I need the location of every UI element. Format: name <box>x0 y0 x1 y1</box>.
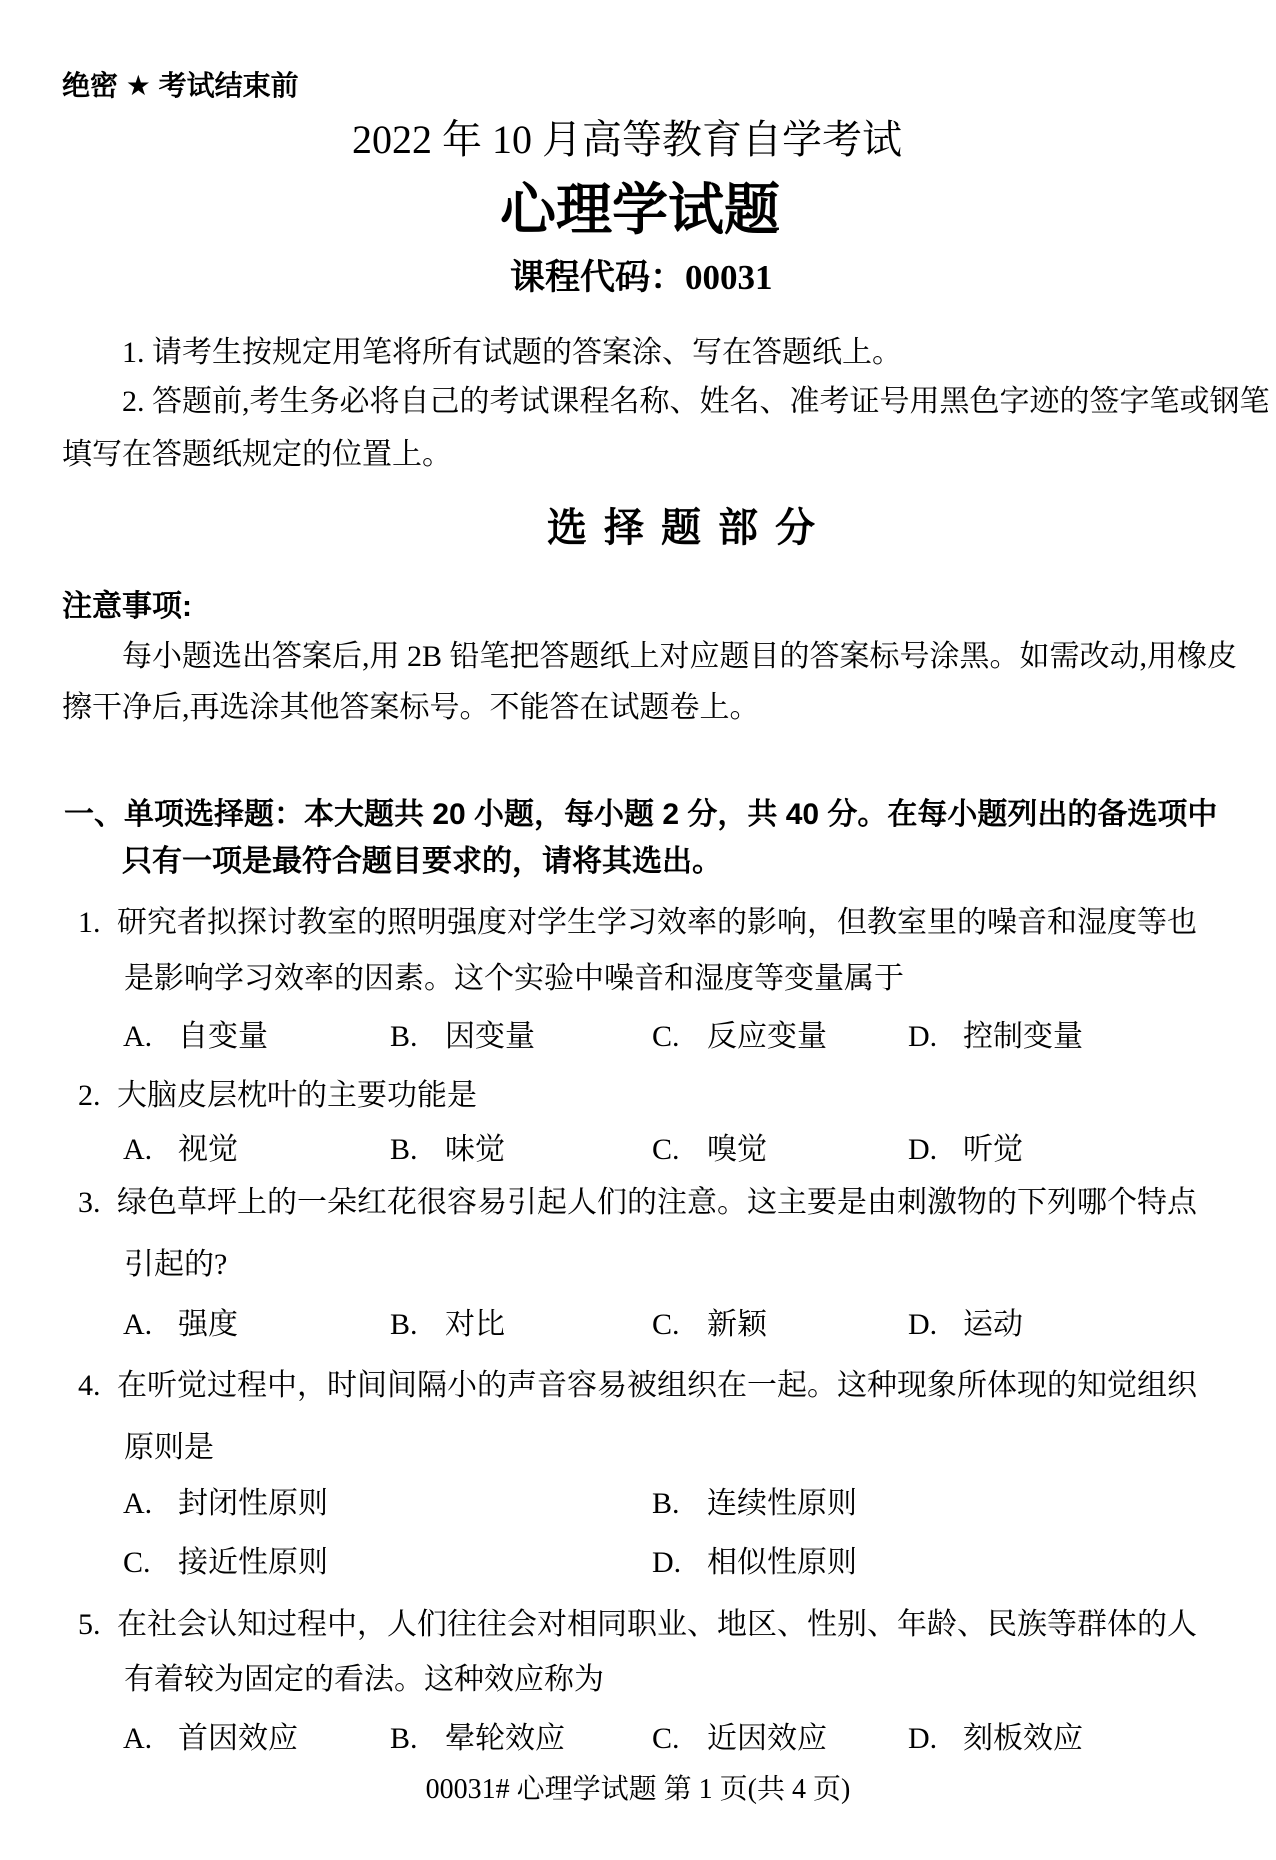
secrecy-notice: 绝密 ★ 考试结束前 <box>62 70 299 101</box>
question-2-stem-line-1: 2.大脑皮层枕叶的主要功能是 <box>78 1079 477 1113</box>
question-1-number: 1. <box>78 906 117 940</box>
question-1-option-c: C.反应变量 <box>652 1020 908 1054</box>
question-4-option-b: B.连续性原则 <box>652 1487 857 1521</box>
question-4-option-d: D.相似性原则 <box>652 1546 857 1580</box>
question-1-option-b: B.因变量 <box>390 1020 652 1054</box>
question-3-number: 3. <box>78 1186 117 1220</box>
question-4-option-a: A.封闭性原则 <box>123 1487 652 1521</box>
question-1-stem-line-1: 1.研究者拟探讨教室的照明强度对学生学习效率的影响，但教室里的噪音和湿度等也 <box>78 906 1197 940</box>
part-one-heading-line-1: 一、单项选择题：本大题共 20 小题，每小题 2 分，共 40 分。在每小题列出… <box>64 798 1217 832</box>
question-3-option-d: D.运动 <box>908 1308 1023 1342</box>
question-3-option-c: C.新颖 <box>652 1308 908 1342</box>
page-footer: 00031# 心理学试题 第 1 页(共 4 页) <box>0 1774 1276 1805</box>
question-1-stem-line-2: 是影响学习效率的因素。这个实验中噪音和湿度等变量属于 <box>124 962 904 996</box>
question-4-option-c: C.接近性原则 <box>123 1546 652 1580</box>
question-4-options-row-2: C.接近性原则D.相似性原则 <box>123 1546 857 1580</box>
question-4-stem-text: 在听觉过程中，时间间隔小的声音容易被组织在一起。这种现象所体现的知觉组织 <box>117 1369 1197 1402</box>
question-5-option-c: C.近因效应 <box>652 1722 908 1756</box>
question-2-option-b: B.味觉 <box>390 1133 652 1167</box>
part-one-heading-line-2: 只有一项是最符合题目要求的，请将其选出。 <box>122 845 722 879</box>
question-3-option-b: B.对比 <box>390 1308 652 1342</box>
question-5-stem-text: 在社会认知过程中，人们往往会对相同职业、地区、性别、年龄、民族等群体的人 <box>117 1608 1197 1641</box>
question-1-stem-text: 研究者拟探讨教室的照明强度对学生学习效率的影响，但教室里的噪音和湿度等也 <box>117 906 1197 939</box>
question-2-number: 2. <box>78 1079 117 1113</box>
question-4-stem-line-1: 4.在听觉过程中，时间间隔小的声音容易被组织在一起。这种现象所体现的知觉组织 <box>78 1369 1197 1403</box>
notes-heading: 注意事项: <box>62 590 192 624</box>
question-3-stem-line-1: 3.绿色草坪上的一朵红花很容易引起人们的注意。这主要是由刺激物的下列哪个特点 <box>78 1186 1197 1220</box>
question-3-stem-line-2: 引起的? <box>124 1248 227 1282</box>
question-4-stem-line-2: 原则是 <box>124 1431 214 1465</box>
question-2-option-a: A.视觉 <box>123 1133 390 1167</box>
question-1-options: A.自变量B.因变量C.反应变量D.控制变量 <box>123 1020 1083 1054</box>
question-5-options: A.首因效应B.晕轮效应C.近因效应D.刻板效应 <box>123 1722 1083 1756</box>
exam-paper-page: 绝密 ★ 考试结束前 2022 年 10 月高等教育自学考试 心理学试题 课程代… <box>0 0 1276 1860</box>
question-3-stem-text: 绿色草坪上的一朵红花很容易引起人们的注意。这主要是由刺激物的下列哪个特点 <box>117 1186 1197 1219</box>
question-5-stem-line-1: 5.在社会认知过程中，人们往往会对相同职业、地区、性别、年龄、民族等群体的人 <box>78 1608 1197 1642</box>
question-3-options: A.强度B.对比C.新颖D.运动 <box>123 1308 1023 1342</box>
question-5-stem-line-2: 有着较为固定的看法。这种效应称为 <box>124 1663 604 1697</box>
instruction-item-2-line-2: 填写在答题纸规定的位置上。 <box>62 438 452 472</box>
question-1-option-a: A.自变量 <box>123 1020 390 1054</box>
question-5-option-b: B.晕轮效应 <box>390 1722 652 1756</box>
question-4-number: 4. <box>78 1369 117 1403</box>
course-code: 课程代码：00031 <box>510 258 773 297</box>
section-title: 选择题部分 <box>547 506 832 551</box>
question-2-stem-text: 大脑皮层枕叶的主要功能是 <box>117 1079 477 1112</box>
question-5-option-a: A.首因效应 <box>123 1722 390 1756</box>
paper-title: 心理学试题 <box>500 180 780 243</box>
question-2-option-d: D.听觉 <box>908 1133 1023 1167</box>
question-5-option-d: D.刻板效应 <box>908 1722 1083 1756</box>
notes-line-2: 擦干净后,再选涂其他答案标号。不能答在试题卷上。 <box>62 691 760 725</box>
question-4-options-row-1: A.封闭性原则B.连续性原则 <box>123 1487 857 1521</box>
question-3-option-a: A.强度 <box>123 1308 390 1342</box>
question-2-options: A.视觉B.味觉C.嗅觉D.听觉 <box>123 1133 1023 1167</box>
notes-line-1: 每小题选出答案后,用 2B 铅笔把答题纸上对应题目的答案标号涂黑。如需改动,用橡… <box>122 640 1237 674</box>
question-1-option-d: D.控制变量 <box>908 1020 1083 1054</box>
instruction-item-2-line-1: 2. 答题前,考生务必将自己的考试课程名称、姓名、准考证号用黑色字迹的签字笔或钢… <box>122 385 1270 419</box>
instruction-item-1: 1. 请考生按规定用笔将所有试题的答案涂、写在答题纸上。 <box>122 336 902 370</box>
question-5-number: 5. <box>78 1608 117 1642</box>
exam-session-title: 2022 年 10 月高等教育自学考试 <box>352 118 902 163</box>
question-2-option-c: C.嗅觉 <box>652 1133 908 1167</box>
